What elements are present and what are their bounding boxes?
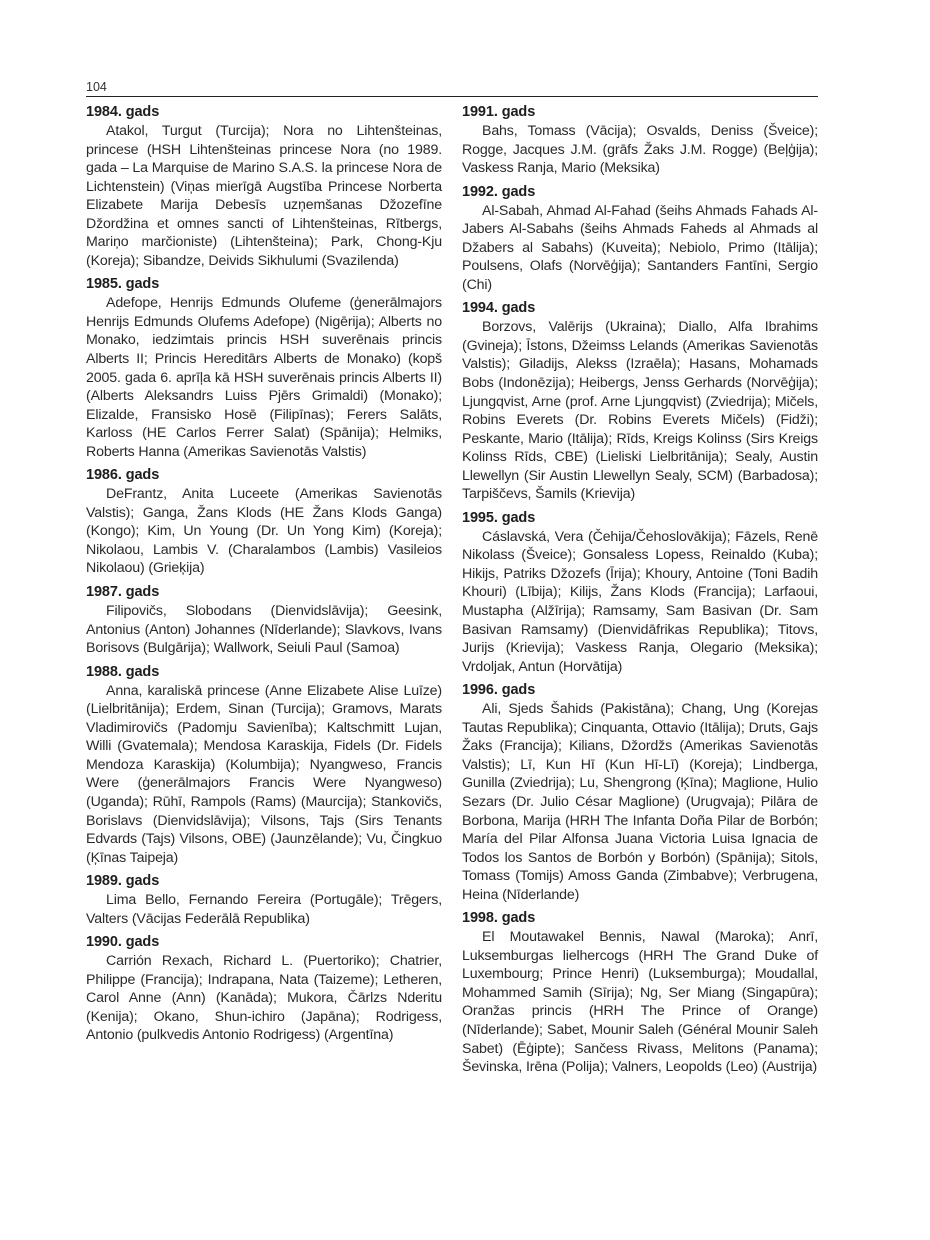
year-heading: 1986. gads [86, 466, 442, 484]
entry-text: Lima Bello, Fernando Fereira (Portugāle)… [86, 891, 442, 928]
entry-text: Anna, karaliskā princese (Anne Elizabete… [86, 682, 442, 867]
entry-text: Cáslavská, Vera (Čehija/Čehoslovākija); … [462, 528, 818, 676]
page-number: 104 [86, 80, 818, 95]
entry-text: Filipovičs, Slobodans (Dienvidslāvija); … [86, 602, 442, 658]
year-entry: 1989. gads Lima Bello, Fernando Fereira … [86, 872, 442, 928]
entry-text: Atakol, Turgut (Turcija); Nora no Lihten… [86, 122, 442, 270]
entry-text: El Moutawakel Bennis, Nawal (Maroka); An… [462, 928, 818, 1076]
entry-text: Borzovs, Valērijs (Ukraina); Diallo, Alf… [462, 318, 818, 503]
year-heading: 1991. gads [462, 103, 818, 121]
two-column-body: 1984. gads Atakol, Turgut (Turcija); Nor… [86, 103, 818, 1082]
year-entry: 1994. gads Borzovs, Valērijs (Ukraina); … [462, 299, 818, 503]
year-heading: 1990. gads [86, 933, 442, 951]
year-entry: 1985. gads Adefope, Henrijs Edmunds Oluf… [86, 275, 442, 461]
entry-text: Al-Sabah, Ahmad Al-Fahad (šeihs Ahmads F… [462, 202, 818, 295]
year-heading: 1996. gads [462, 681, 818, 699]
year-heading: 1984. gads [86, 103, 442, 121]
right-column: 1991. gads Bahs, Tomass (Vācija); Osvald… [462, 103, 818, 1082]
entry-text: Carrión Rexach, Richard L. (Puertoriko);… [86, 952, 442, 1045]
entry-text: Ali, Sjeds Šahids (Pakistāna); Chang, Un… [462, 700, 818, 904]
year-entry: 1996. gads Ali, Sjeds Šahids (Pakistāna)… [462, 681, 818, 904]
entry-text: Adefope, Henrijs Edmunds Olufeme (ģenerā… [86, 294, 442, 461]
header-rule [86, 96, 818, 97]
left-column: 1984. gads Atakol, Turgut (Turcija); Nor… [86, 103, 442, 1082]
year-heading: 1998. gads [462, 909, 818, 927]
year-heading: 1989. gads [86, 872, 442, 890]
year-heading: 1985. gads [86, 275, 442, 293]
document-page: 104 1984. gads Atakol, Turgut (Turcija);… [86, 80, 818, 1082]
year-heading: 1987. gads [86, 583, 442, 601]
year-heading: 1995. gads [462, 509, 818, 527]
year-entry: 1998. gads El Moutawakel Bennis, Nawal (… [462, 909, 818, 1076]
year-entry: 1988. gads Anna, karaliskā princese (Ann… [86, 663, 442, 867]
year-entry: 1984. gads Atakol, Turgut (Turcija); Nor… [86, 103, 442, 270]
year-entry: 1992. gads Al-Sabah, Ahmad Al-Fahad (šei… [462, 183, 818, 295]
entry-text: Bahs, Tomass (Vācija); Osvalds, Deniss (… [462, 122, 818, 178]
year-entry: 1995. gads Cáslavská, Vera (Čehija/Čehos… [462, 509, 818, 676]
year-entry: 1991. gads Bahs, Tomass (Vācija); Osvald… [462, 103, 818, 178]
year-heading: 1994. gads [462, 299, 818, 317]
year-entry: 1990. gads Carrión Rexach, Richard L. (P… [86, 933, 442, 1045]
entry-text: DeFrantz, Anita Luceete (Amerikas Savien… [86, 485, 442, 578]
year-entry: 1987. gads Filipovičs, Slobodans (Dienvi… [86, 583, 442, 658]
year-heading: 1988. gads [86, 663, 442, 681]
year-heading: 1992. gads [462, 183, 818, 201]
year-entry: 1986. gads DeFrantz, Anita Luceete (Amer… [86, 466, 442, 578]
